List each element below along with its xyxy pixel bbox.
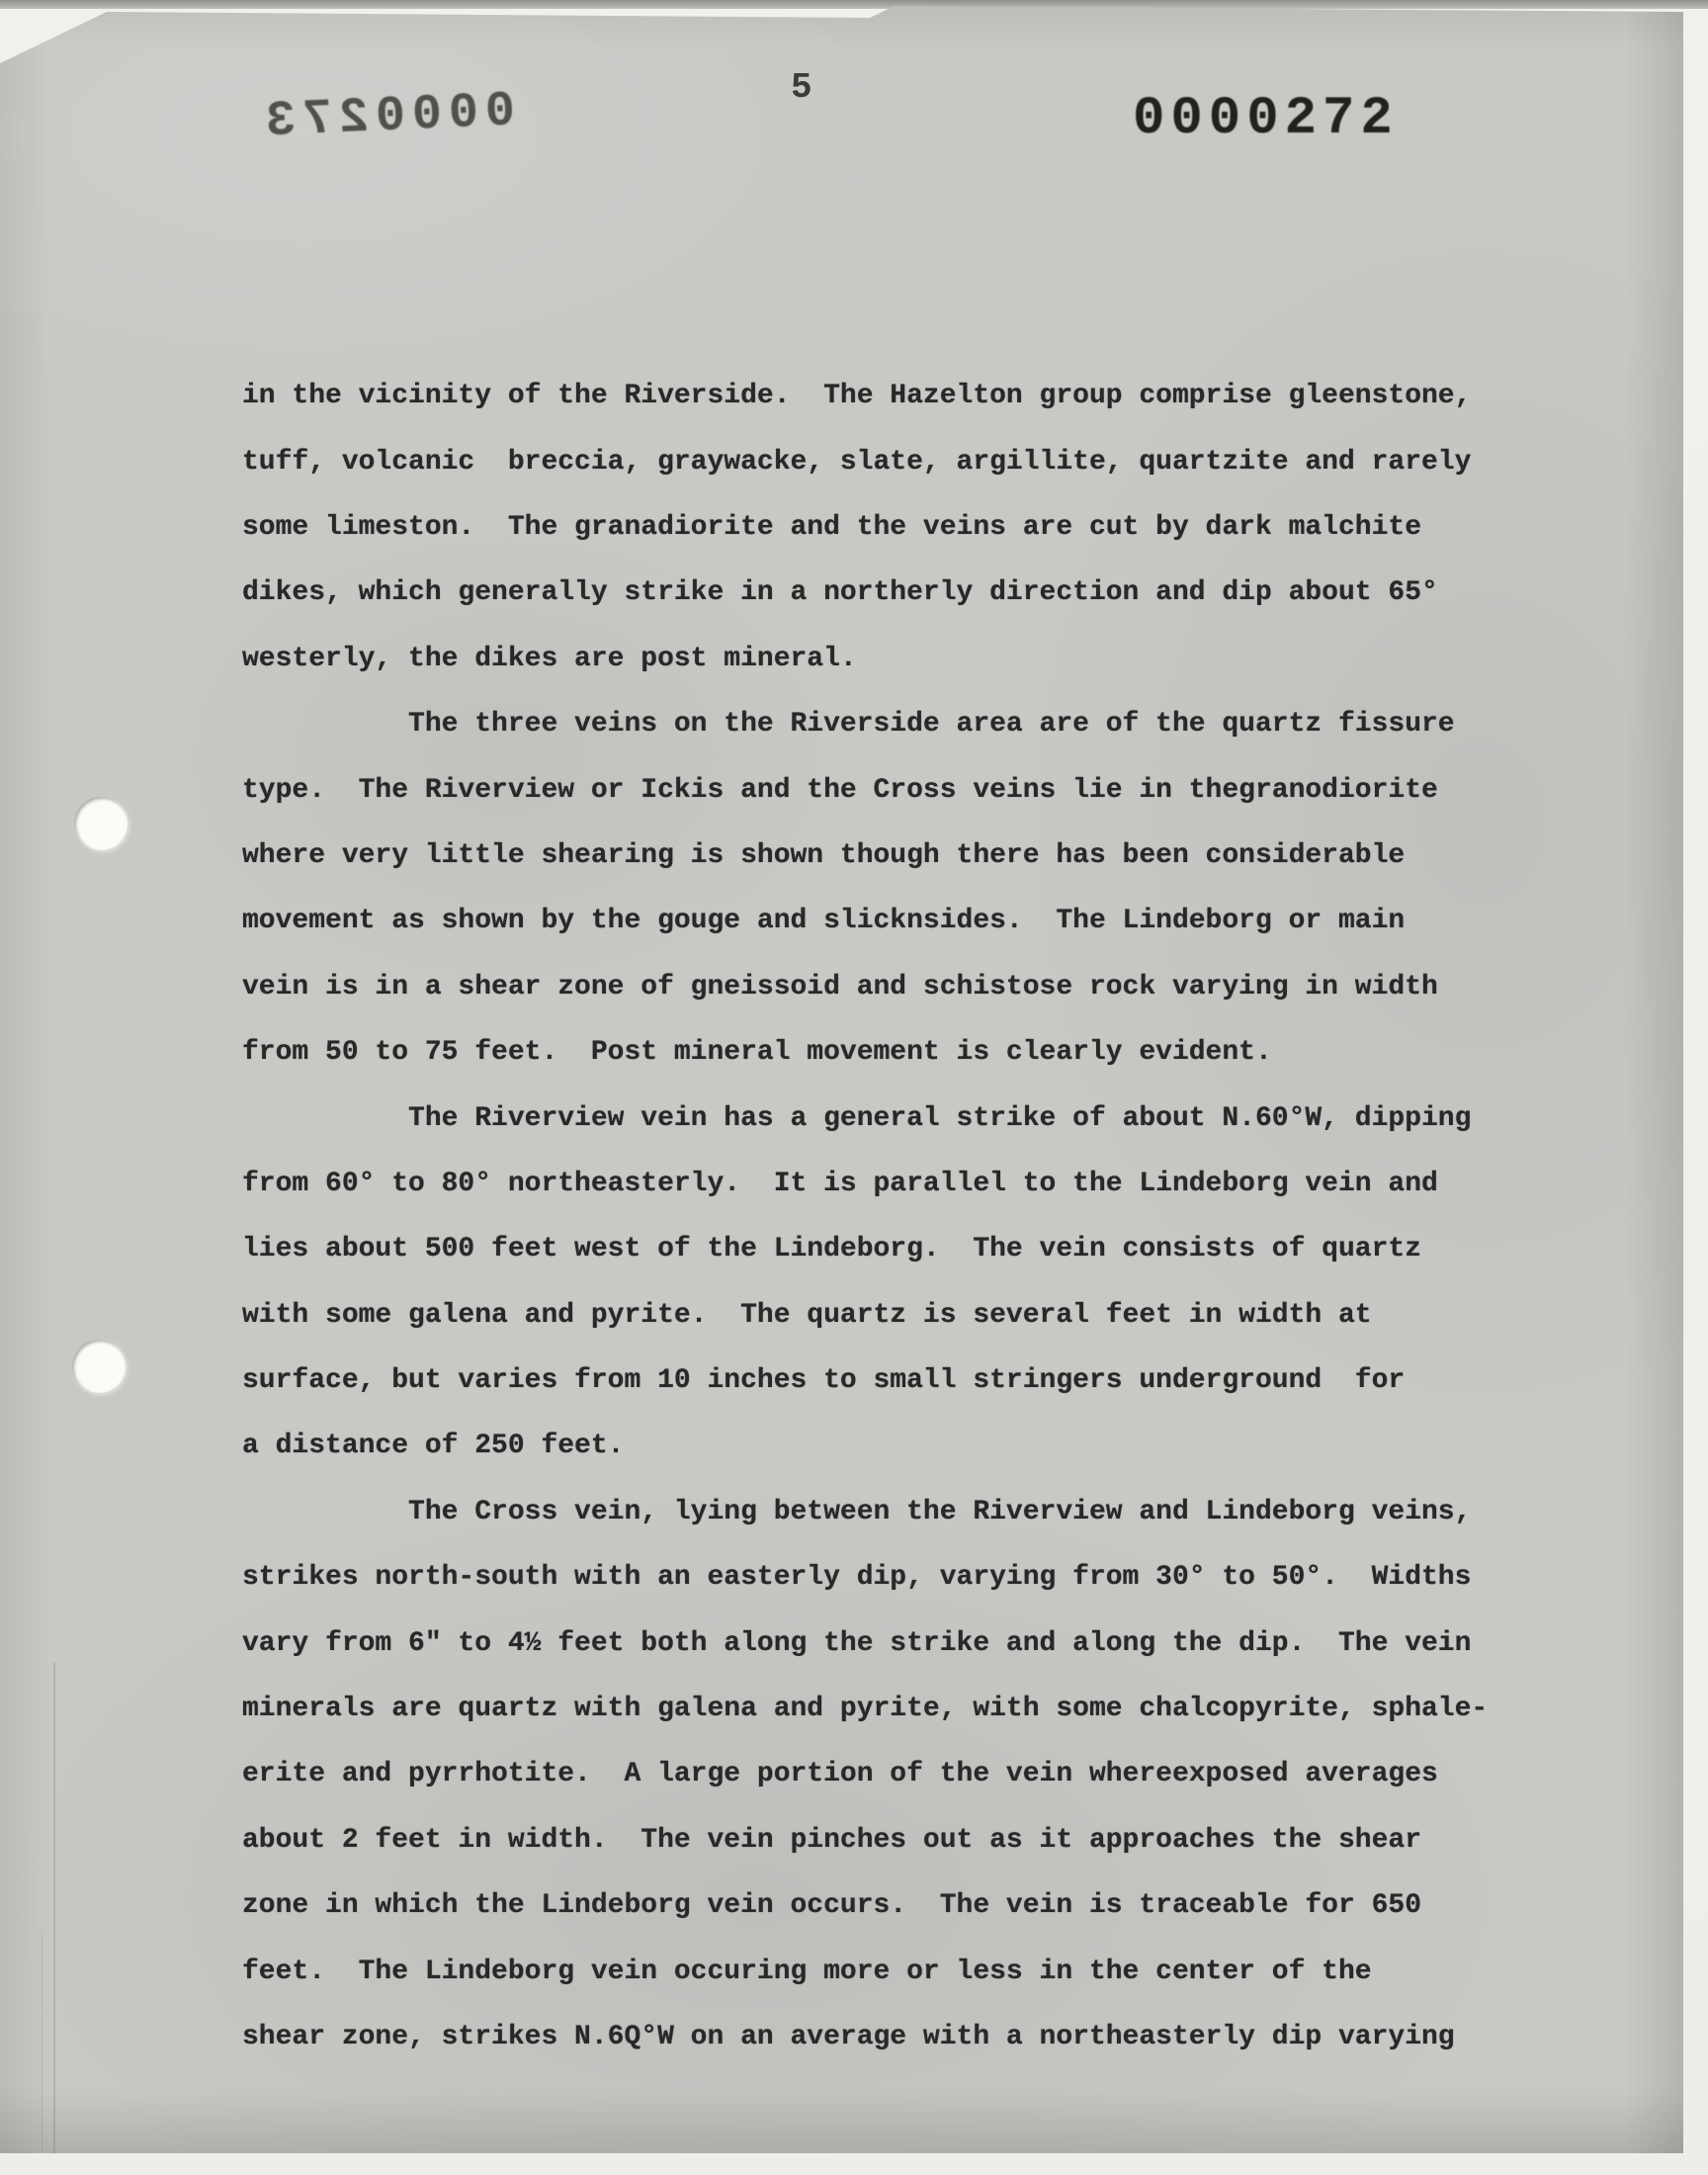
text-line: The Riverview vein has a general strike …	[242, 1087, 1547, 1152]
text-line: lies about 500 feet west of the Lindebor…	[242, 1217, 1547, 1282]
punch-hole-top	[74, 797, 128, 850]
text-line: with some galena and pyrite. The quartz …	[242, 1283, 1547, 1348]
text-line: westerly, the dikes are post mineral.	[242, 627, 1547, 692]
text-line: vein is in a shear zone of gneissoid and…	[242, 955, 1547, 1020]
text-line: some limeston. The granadiorite and the …	[242, 495, 1547, 561]
text-line: where very little shearing is shown thou…	[242, 824, 1547, 889]
text-line: type. The Riverview or Ickis and the Cro…	[242, 758, 1547, 824]
text-line: minerals are quartz with galena and pyri…	[242, 1677, 1547, 1742]
text-line: The three veins on the Riverside area ar…	[242, 692, 1547, 757]
text-line: surface, but varies from 10 inches to sm…	[242, 1348, 1547, 1414]
page-number: 5	[791, 67, 812, 108]
scanner-edge	[0, 0, 1708, 9]
text-line: from 50 to 75 feet. Post mineral movemen…	[242, 1020, 1547, 1086]
text-line: erite and pyrrhotite. A large portion of…	[242, 1742, 1547, 1807]
scanned-page: 0000273 5 0000272 in the vicinity of the…	[0, 0, 1708, 2175]
text-line: movement as shown by the gouge and slick…	[242, 889, 1547, 954]
paper-crease	[53, 1663, 55, 2153]
text-line: feet. The Lindeborg vein occuring more o…	[242, 1940, 1547, 2005]
text-line: The Cross vein, lying between the Riverv…	[242, 1480, 1547, 1545]
text-line: from 60° to 80° northeasterly. It is par…	[242, 1152, 1547, 1217]
text-line: a distance of 250 feet.	[242, 1414, 1547, 1479]
text-line: dikes, which generally strike in a north…	[242, 561, 1547, 626]
punch-hole-bottom	[72, 1340, 126, 1393]
text-line: zone in which the Lindeborg vein occurs.…	[242, 1873, 1547, 1939]
document-body: in the vicinity of the Riverside. The Ha…	[242, 167, 1547, 2070]
paper-crease	[42, 1934, 43, 2153]
stamp-number: 0000272	[1133, 89, 1399, 149]
text-line: strikes north-south with an easterly dip…	[242, 1545, 1547, 1610]
text-line: about 2 feet in width. The vein pinches …	[242, 1808, 1547, 1873]
text-line: in the vicinity of the Riverside. The Ha…	[242, 364, 1547, 429]
bleedthrough-stamp: 0000273	[258, 83, 516, 150]
paper-sheet: 0000273 5 0000272 in the vicinity of the…	[0, 6, 1683, 2153]
text-line: shear zone, strikes N.6Q°W on an average…	[242, 2005, 1547, 2070]
text-line: vary from 6" to 4½ feet both along the s…	[242, 1611, 1547, 1677]
text-line: tuff, volcanic breccia, graywacke, slate…	[242, 430, 1547, 495]
